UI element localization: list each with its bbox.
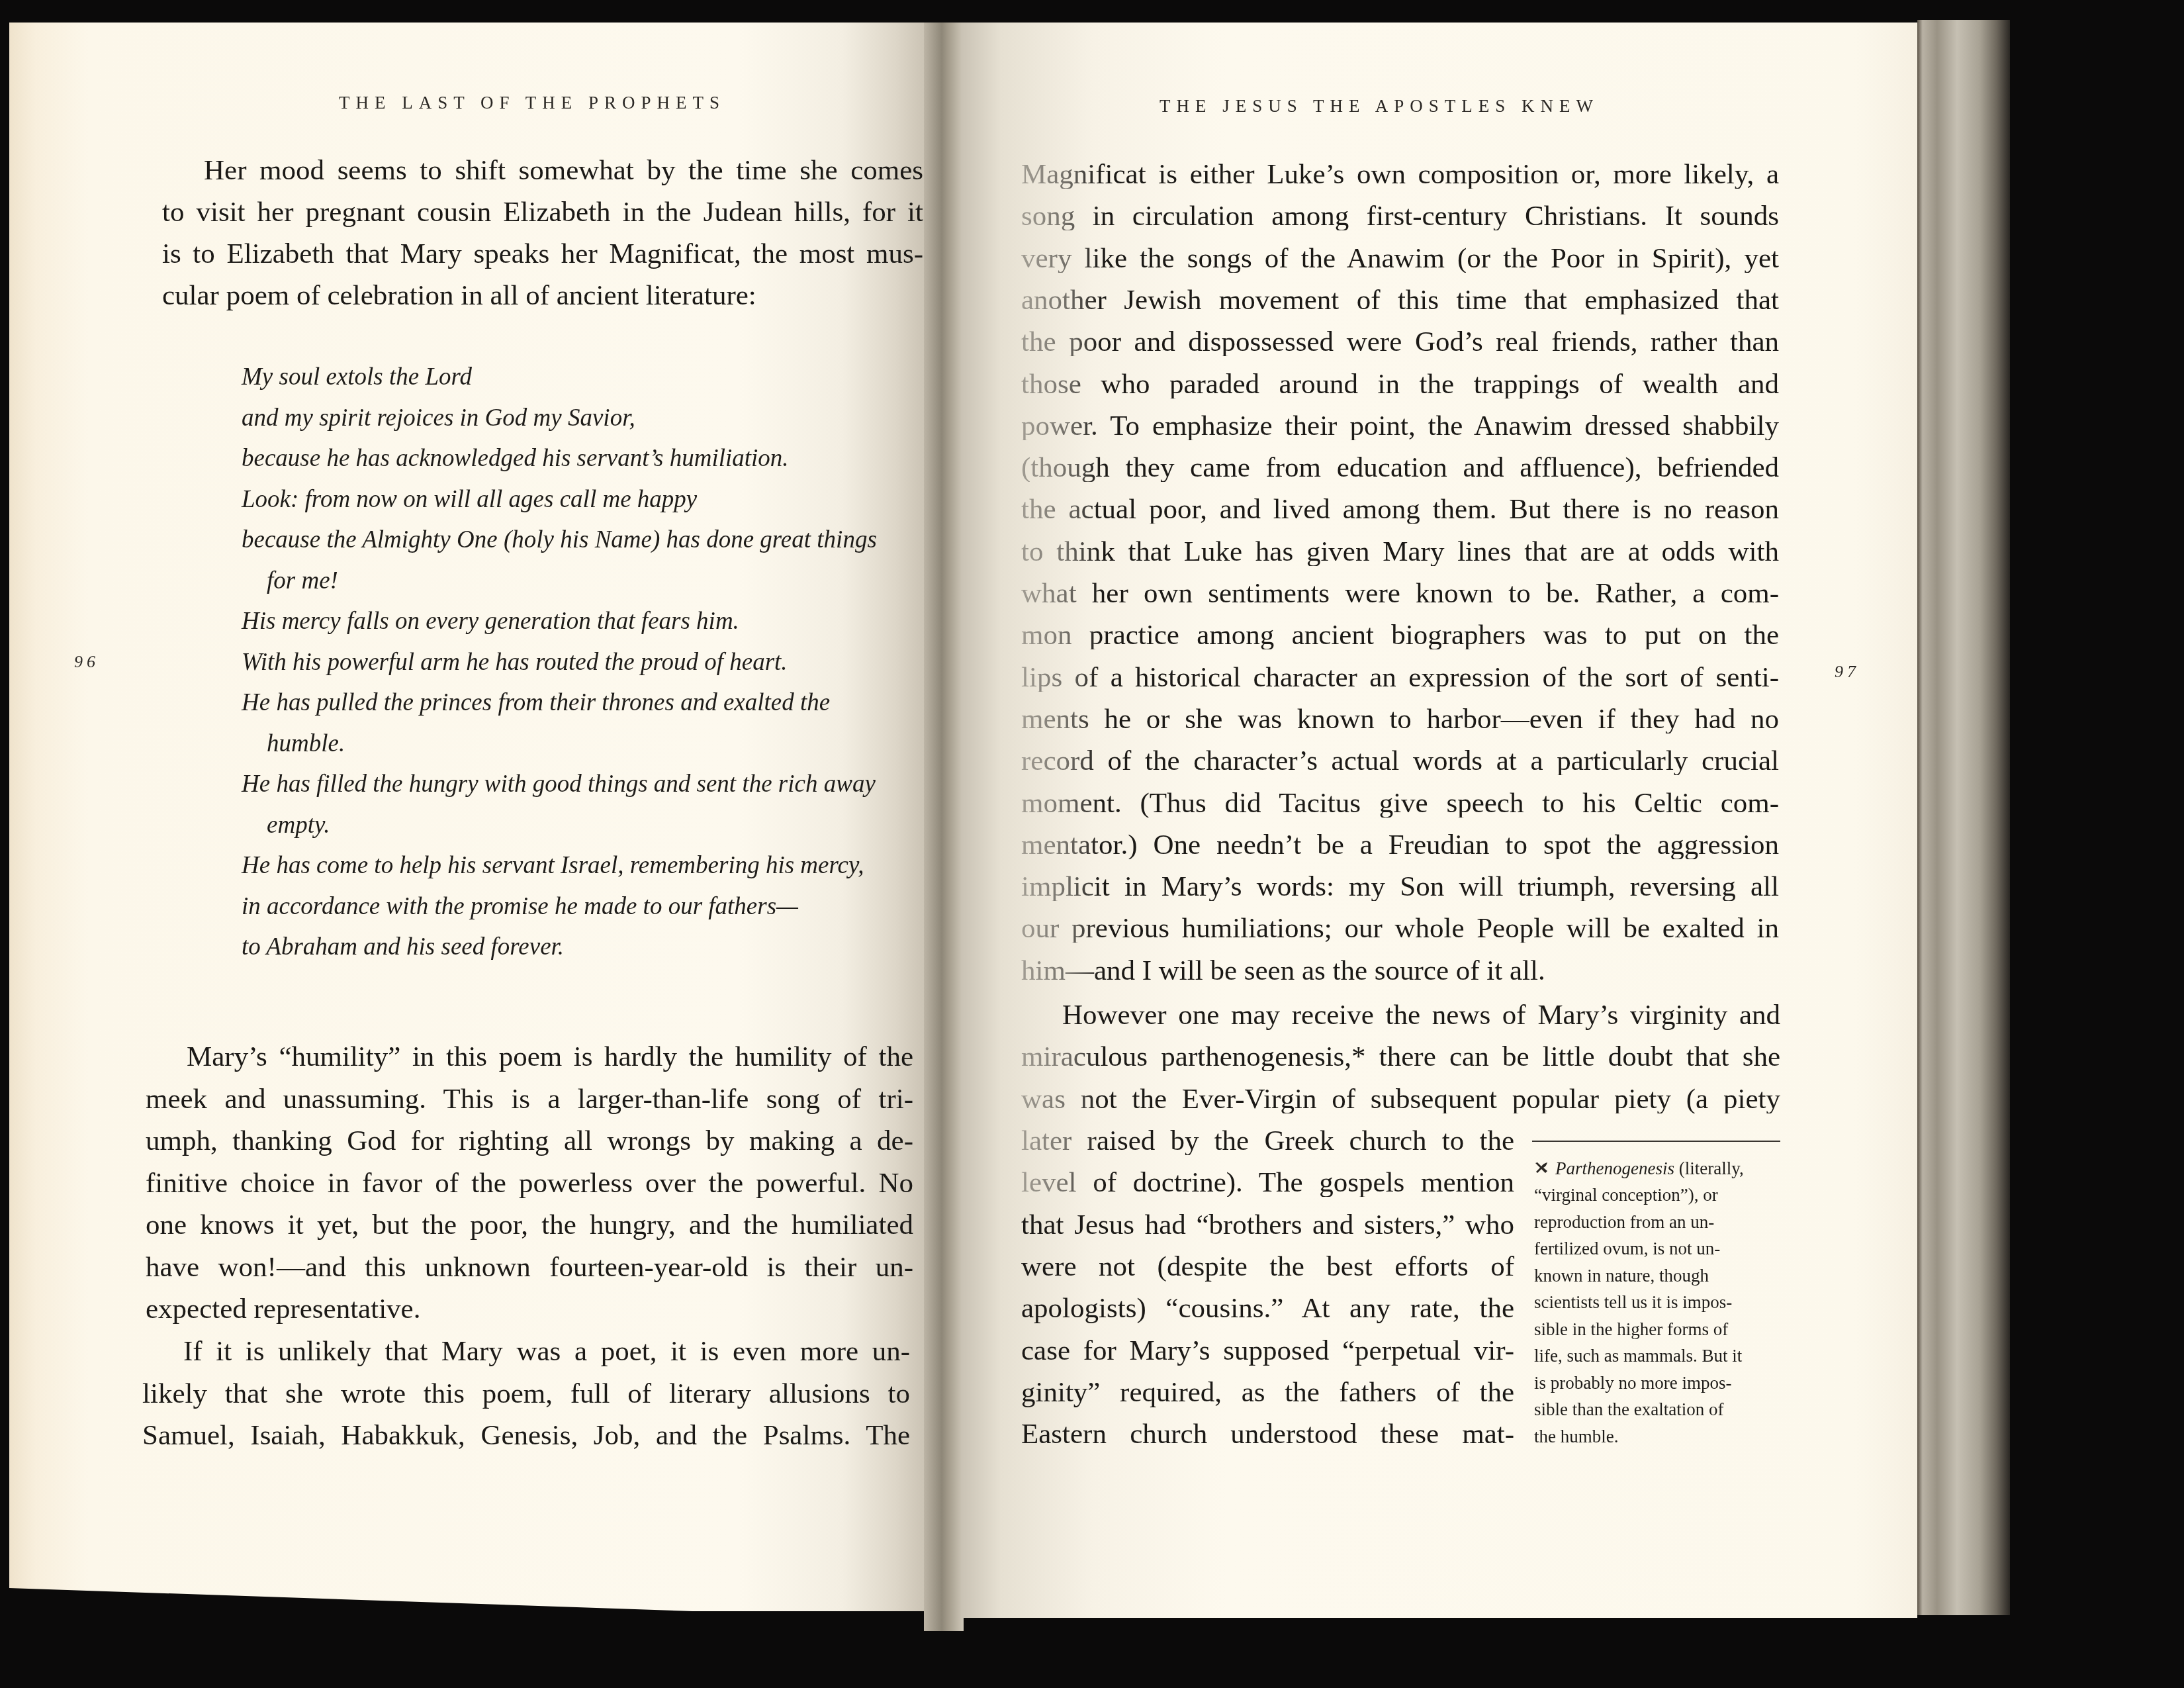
- text-line: what her own sentiments were known to be…: [1021, 579, 1779, 608]
- poem-line: Look: from now on will all ages call me …: [242, 485, 697, 514]
- footnote-line: reproduction from an un-: [1534, 1212, 1714, 1233]
- page-number-right: 97: [1835, 662, 1860, 682]
- footnote-line: “virginal conception”), or: [1534, 1185, 1718, 1205]
- text-line: However one may receive the news of Mary…: [1062, 1001, 1780, 1029]
- text-line: record of the character’s actual words a…: [1021, 747, 1779, 775]
- footnote-line: fertilized ovum, is not un-: [1534, 1239, 1720, 1259]
- text-line: lips of a historical character an expres…: [1021, 663, 1779, 692]
- text-line: moment. (Thus did Tacitus give speech to…: [1021, 789, 1779, 818]
- text-line: one knows it yet, but the poor, the hung…: [146, 1211, 913, 1239]
- text-line: ments he or she was known to harbor—even…: [1021, 705, 1779, 733]
- footnote-line: known in nature, though: [1534, 1266, 1709, 1286]
- book-gutter: [924, 23, 964, 1631]
- text-line: our previous humiliations; our whole Peo…: [1021, 914, 1779, 943]
- text-line: to visit her pregnant cousin Elizabeth i…: [162, 198, 923, 226]
- text-line: implicit in Mary’s words: my Son will tr…: [1021, 872, 1779, 901]
- poem-line: because the Almighty One (holy his Name)…: [242, 526, 877, 554]
- text-line: another Jewish movement of this time tha…: [1021, 286, 1779, 314]
- text-line: is to Elizabeth that Mary speaks her Mag…: [162, 240, 923, 268]
- text-line: the actual poor, and lived among them. B…: [1021, 495, 1779, 524]
- text-line: expected representative.: [146, 1295, 913, 1323]
- text-line: song in circulation among first-century …: [1021, 202, 1779, 230]
- footnote-term: Parthenogenesis: [1555, 1158, 1674, 1178]
- poem-line: because he has acknowledged his servant’…: [242, 444, 789, 473]
- text-line: have won!—and this unknown fourteen-year…: [146, 1253, 913, 1282]
- poem-line: and my spirit rejoices in God my Savior,: [242, 404, 635, 432]
- footnote-line: is probably no more impos-: [1534, 1373, 1731, 1393]
- text-line: Samuel, Isaiah, Habakkuk, Genesis, Job, …: [142, 1421, 910, 1450]
- poem-line: to Abraham and his seed forever.: [242, 933, 564, 961]
- footnote-line: sible than the exaltation of: [1534, 1399, 1723, 1420]
- text-line: power. To emphasize their point, the Ana…: [1021, 412, 1779, 440]
- text-line: ginity” required, as the fathers of the: [1021, 1378, 1514, 1407]
- text-line: mentator.) One needn’t be a Freudian to …: [1021, 831, 1779, 859]
- text-line: apologists) “cousins.” At any rate, the: [1021, 1294, 1514, 1323]
- running-head-right: THE JESUS THE APOSTLES KNEW: [1160, 96, 1599, 117]
- page-number-left: 96: [74, 652, 99, 672]
- text-line: meek and unassuming. This is a larger-th…: [146, 1085, 913, 1113]
- text-line: likely that she wrote this poem, full of…: [142, 1380, 910, 1408]
- footnote-text: (literally,: [1674, 1158, 1744, 1178]
- text-line: Mary’s “humility” in this poem is hardly…: [187, 1043, 913, 1071]
- text-line: those who paraded around in the trapping…: [1021, 370, 1779, 399]
- text-line: to think that Luke has given Mary lines …: [1021, 538, 1779, 566]
- text-line: miraculous parthenogenesis,* there can b…: [1021, 1043, 1780, 1071]
- footnote-line: the humble.: [1534, 1427, 1618, 1447]
- text-line: very like the songs of the Anawim (or th…: [1021, 244, 1779, 273]
- text-line: level of doctrine). The gospels mention: [1021, 1168, 1514, 1197]
- text-line: case for Mary’s supposed “perpetual vir-: [1021, 1336, 1514, 1365]
- text-line: him—and I will be seen as the source of …: [1021, 957, 1779, 985]
- footnote-rule: [1532, 1141, 1780, 1142]
- text-line: the poor and dispossessed were God’s rea…: [1021, 328, 1779, 356]
- leaf-ornament-icon: [1534, 1160, 1549, 1174]
- text-line: Magnificat is either Luke’s own composit…: [1021, 160, 1779, 189]
- text-line: finitive choice in favor of the powerles…: [146, 1169, 913, 1197]
- footnote-line: Parthenogenesis (literally,: [1534, 1158, 1744, 1179]
- poem-line: He has filled the hungry with good thing…: [242, 770, 876, 798]
- poem-line: humble.: [267, 729, 345, 758]
- poem-line: He has pulled the princes from their thr…: [242, 688, 830, 717]
- poem-line: My soul extols the Lord: [242, 363, 472, 391]
- text-line: were not (despite the best efforts of: [1021, 1252, 1514, 1281]
- text-line: cular poem of celebration in all of anci…: [162, 281, 923, 310]
- footnote-line: scientists tell us it is impos-: [1534, 1292, 1732, 1313]
- poem-line: in accordance with the promise he made t…: [242, 892, 798, 921]
- text-line: (though they came from education and aff…: [1021, 453, 1779, 482]
- text-line: umph, thanking God for righting all wron…: [146, 1127, 913, 1155]
- text-line: Eastern church understood these mat-: [1021, 1420, 1514, 1448]
- poem-line: He has come to help his servant Israel, …: [242, 851, 864, 880]
- footnote-line: life, such as mammals. But it: [1534, 1346, 1742, 1366]
- footnote-line: sible in the higher forms of: [1534, 1319, 1728, 1340]
- page-edge-stack: [1917, 20, 2010, 1615]
- running-head-left: THE LAST OF THE PROPHETS: [339, 93, 725, 113]
- poem-line: With his powerful arm he has routed the …: [242, 648, 788, 677]
- text-line: that Jesus had “brothers and sisters,” w…: [1021, 1211, 1514, 1239]
- text-line: If it is unlikely that Mary was a poet, …: [183, 1337, 910, 1366]
- text-line: mon practice among ancient biographers w…: [1021, 621, 1779, 649]
- text-line: was not the Ever-Virgin of subsequent po…: [1021, 1085, 1780, 1113]
- text-line: later raised by the Greek church to the: [1021, 1127, 1514, 1155]
- text-line: Her mood seems to shift somewhat by the …: [204, 156, 923, 185]
- poem-line: for me!: [267, 567, 338, 595]
- poem-line: His mercy falls on every generation that…: [242, 607, 739, 635]
- poem-line: empty.: [267, 811, 330, 839]
